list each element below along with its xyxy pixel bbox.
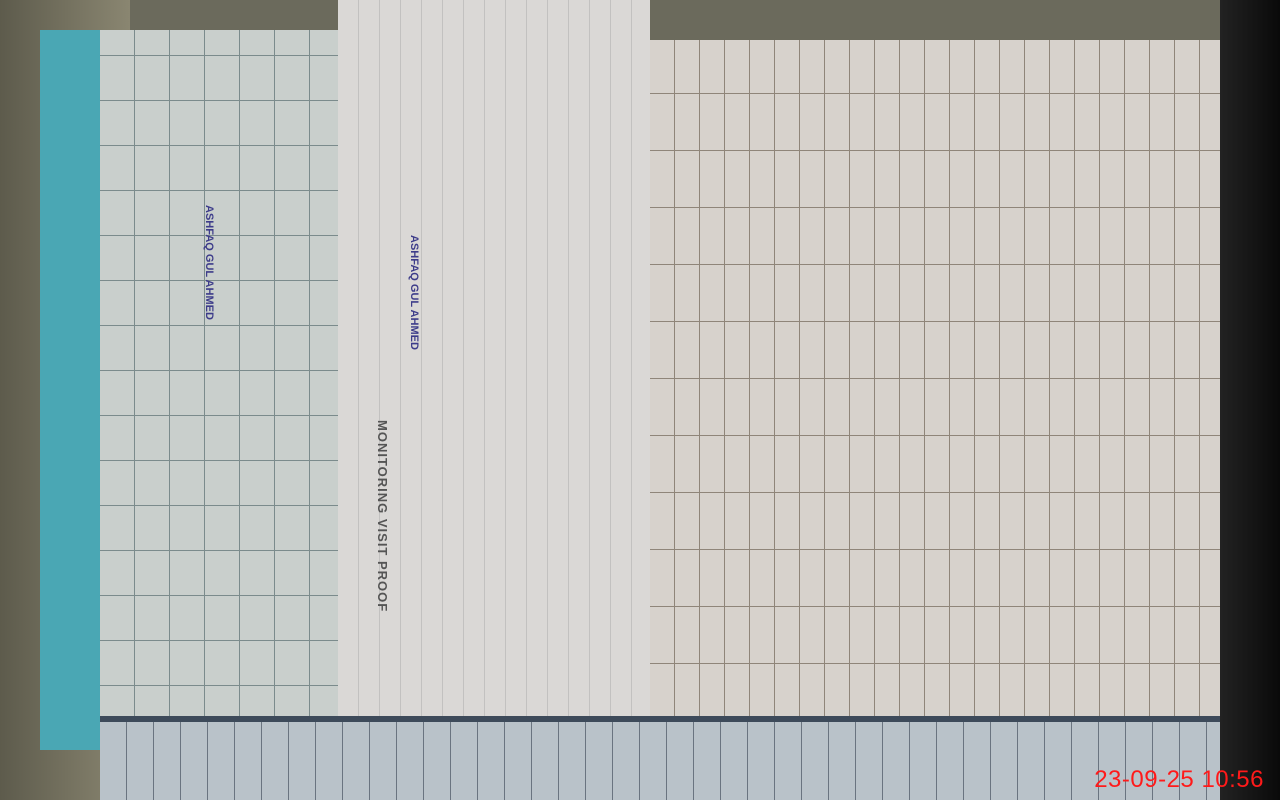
register-next-page <box>100 722 1230 800</box>
monitoring-slip <box>338 0 650 722</box>
slip-title: MONITORING VISIT PROOF <box>375 420 390 612</box>
register-right-page <box>650 40 1230 720</box>
register-left-page <box>100 30 350 730</box>
stamp-slip: ASHFAQ GUL AHMED <box>408 235 420 350</box>
background-right <box>1220 0 1280 800</box>
stamp-page: ASHFAQ GUL AHMED <box>203 205 215 320</box>
photo-timestamp: 23-09-25 10:56 <box>1094 766 1264 794</box>
